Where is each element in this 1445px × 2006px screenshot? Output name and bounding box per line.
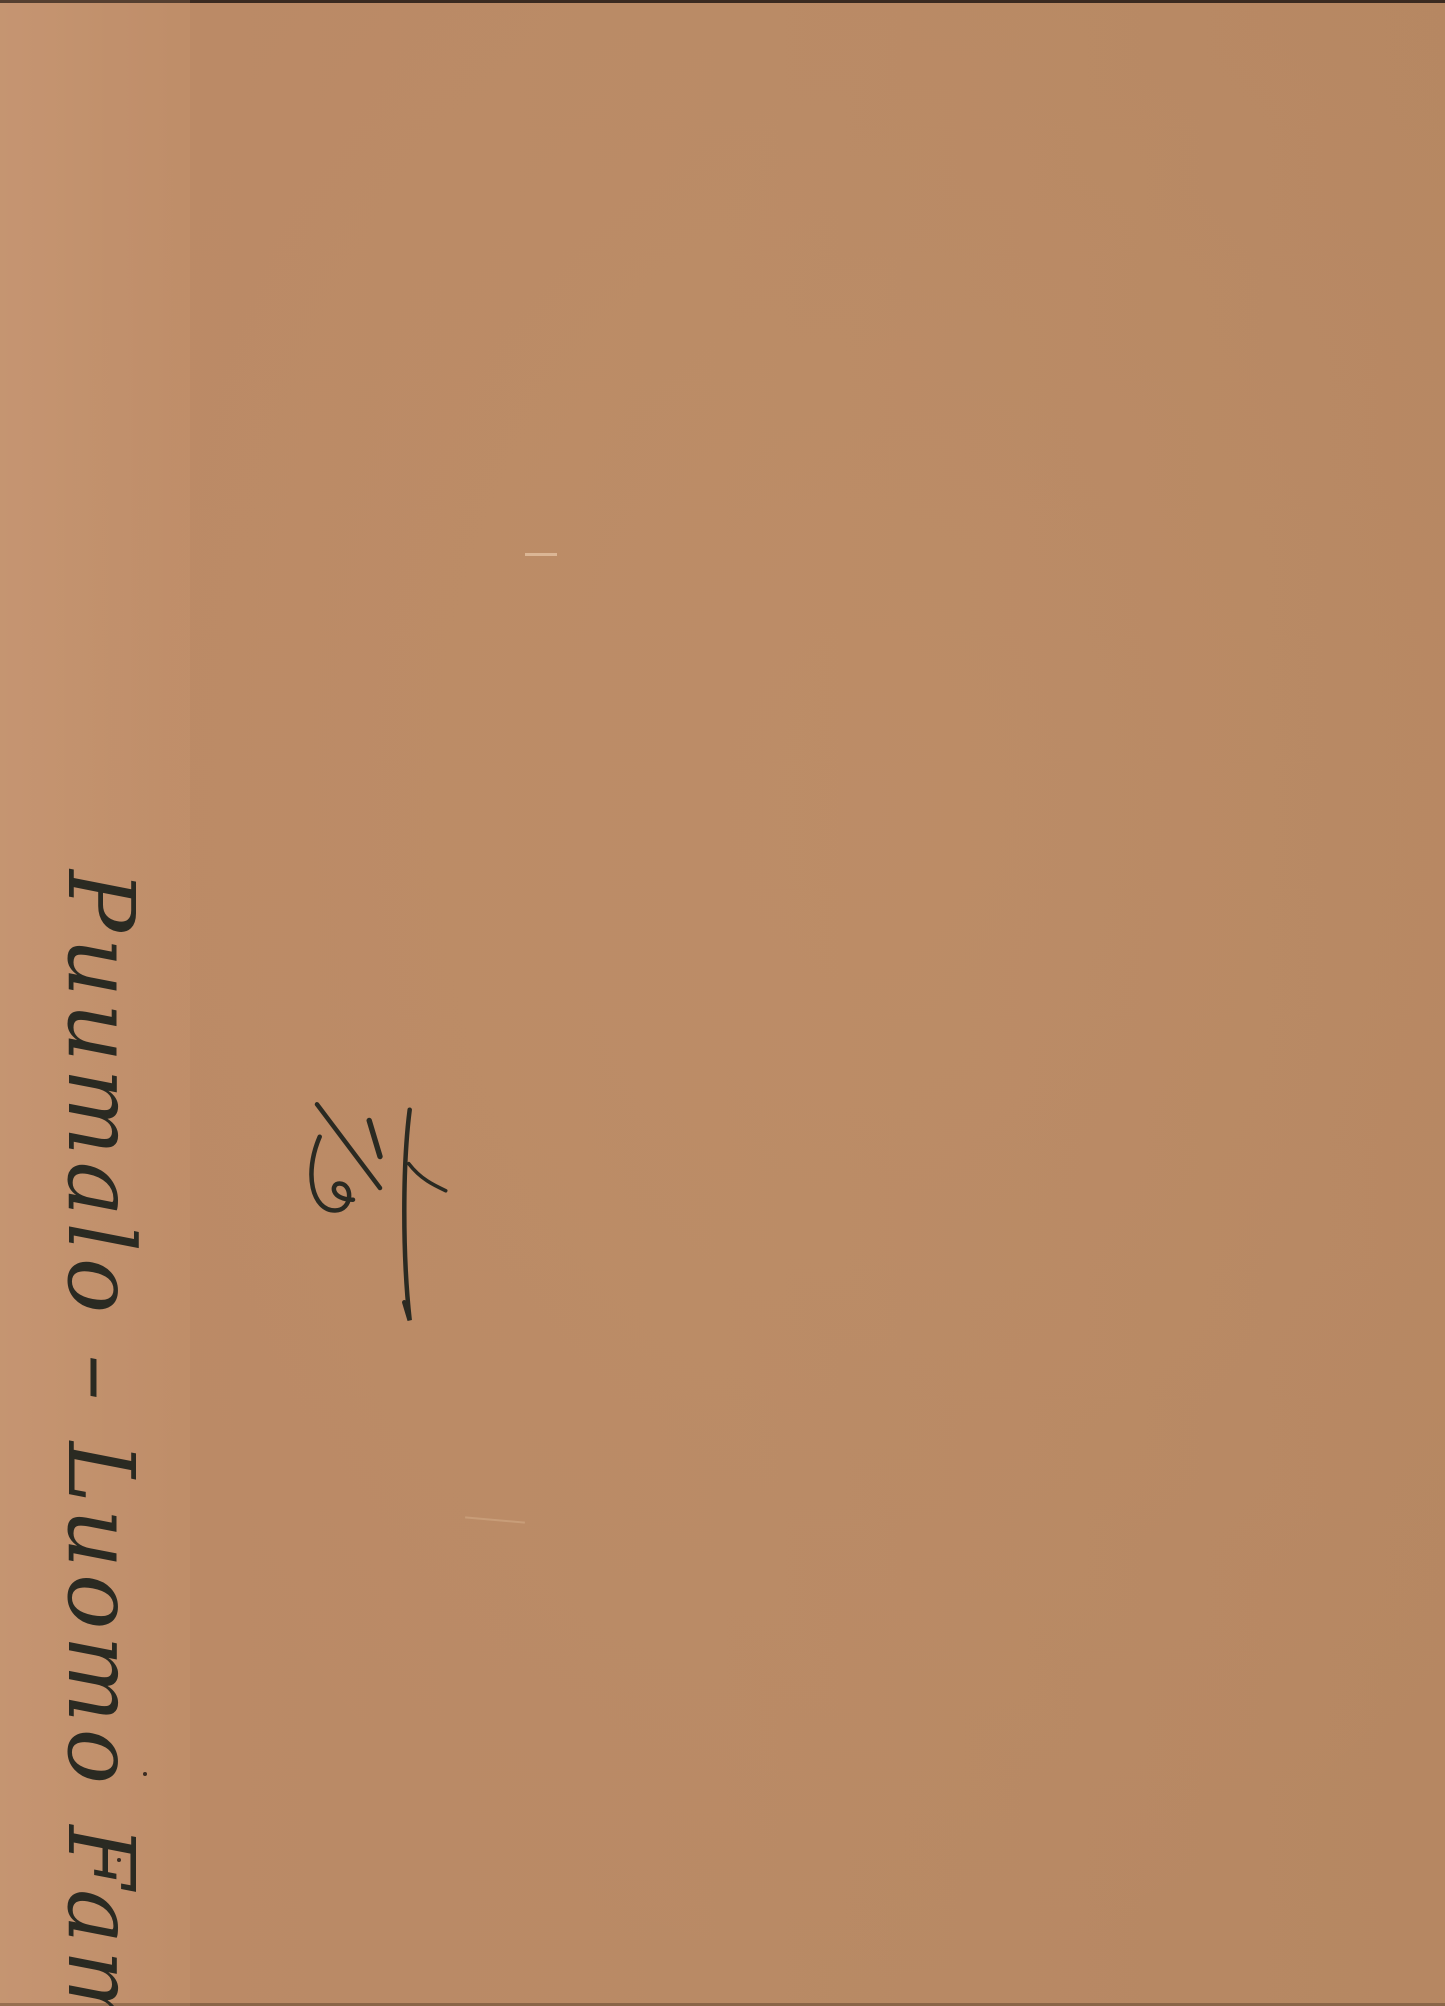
- paper-scratch: [465, 1516, 525, 1523]
- paper-scratch: [525, 553, 557, 556]
- top-edge: [0, 0, 1445, 3]
- handwritten-label: Puumalo – Luomo Familie: [40, 870, 160, 2000]
- scanned-page: Puumalo – Luomo Familie: [0, 0, 1445, 2006]
- fraction-glyph-icon: [290, 1085, 470, 1345]
- ink-dot: [117, 1858, 121, 1862]
- handwritten-fraction-mark: [290, 1085, 470, 1345]
- ink-dot: [143, 1772, 147, 1776]
